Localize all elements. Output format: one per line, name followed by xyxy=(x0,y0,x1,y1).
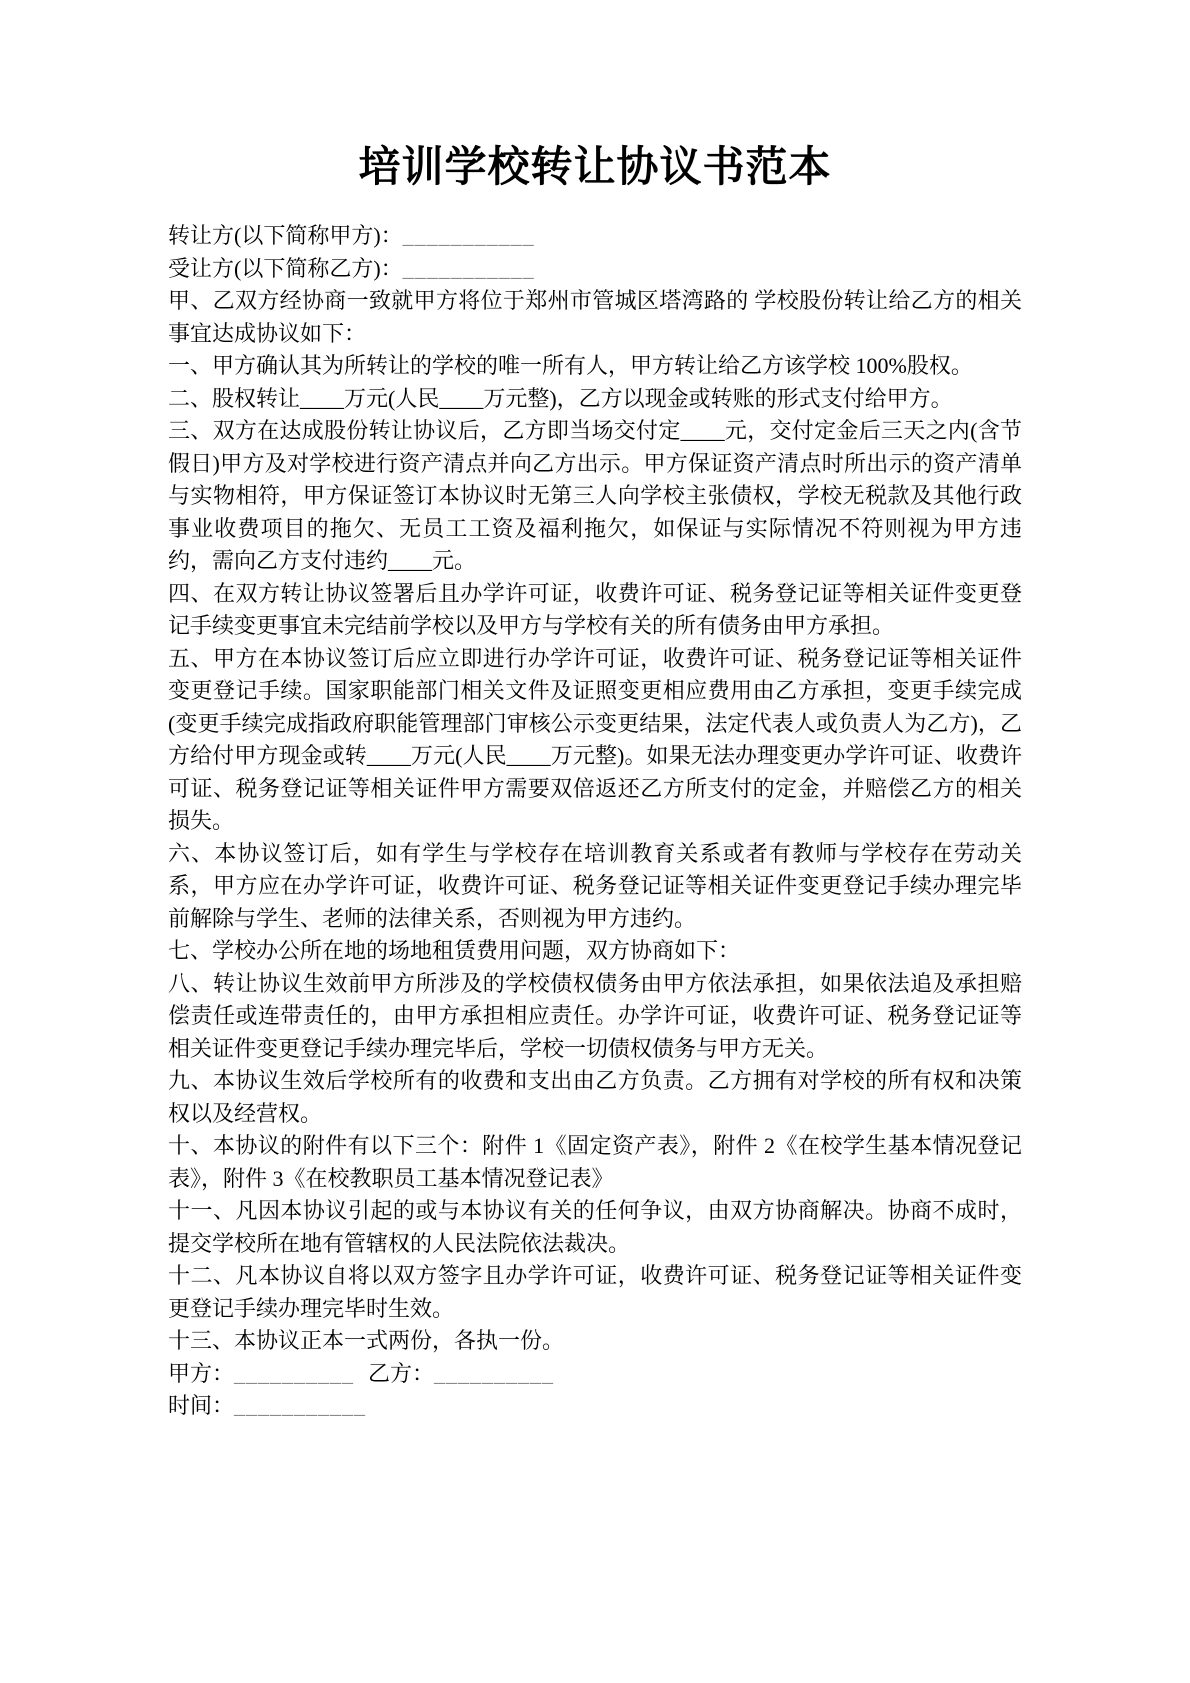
signature-line: 甲方：__________乙方：__________ xyxy=(168,1358,1022,1391)
document-title: 培训学校转让协议书范本 xyxy=(168,136,1022,200)
signature-party-a-blank: __________ xyxy=(234,1361,354,1386)
clause-3: 三、双方在达成股份转让协议后，乙方即当场交付定____元，交付定金后三天之内(含… xyxy=(168,415,1022,578)
clause-7: 七、学校办公所在地的场地租赁费用问题，双方协商如下： xyxy=(168,935,1022,968)
date-line: 时间：___________ xyxy=(168,1390,1022,1423)
clause-5: 五、甲方在本协议签订后应立即进行办学许可证，收费许可证、税务登记证等相关证件变更… xyxy=(168,643,1022,838)
signature-party-b-blank: __________ xyxy=(434,1361,554,1386)
document-page: 培训学校转让协议书范本 转让方(以下简称甲方)：___________ 受让方(… xyxy=(0,0,1190,1683)
date-label: 时间： xyxy=(168,1393,234,1418)
party-b-line: 受让方(以下简称乙方)：___________ xyxy=(168,253,1022,286)
clause-12: 十二、凡本协议自将以双方签字且办学许可证，收费许可证、税务登记证等相关证件变更登… xyxy=(168,1260,1022,1325)
document-content: 培训学校转让协议书范本 转让方(以下简称甲方)：___________ 受让方(… xyxy=(168,0,1022,1423)
party-a-line: 转让方(以下简称甲方)：___________ xyxy=(168,220,1022,253)
clause-13: 十三、本协议正本一式两份，各执一份。 xyxy=(168,1325,1022,1358)
party-a-blank: ___________ xyxy=(403,223,535,248)
party-b-blank: ___________ xyxy=(403,256,535,281)
signature-party-a-label: 甲方： xyxy=(168,1361,234,1386)
signature-party-b-label: 乙方： xyxy=(368,1361,434,1386)
clause-2: 二、股权转让____万元(人民____万元整)，乙方以现金或转账的形式支付给甲方… xyxy=(168,383,1022,416)
clause-11: 十一、凡因本协议引起的或与本协议有关的任何争议，由双方协商解决。协商不成时，提交… xyxy=(168,1195,1022,1260)
clause-10: 十、本协议的附件有以下三个：附件 1《固定资产表》，附件 2《在校学生基本情况登… xyxy=(168,1130,1022,1195)
clause-9: 九、本协议生效后学校所有的收费和支出由乙方负责。乙方拥有对学校的所有权和决策权以… xyxy=(168,1065,1022,1130)
clause-8: 八、转让协议生效前甲方所涉及的学校债权债务由甲方依法承担，如果依法追及承担赔偿责… xyxy=(168,968,1022,1066)
clause-1: 一、甲方确认其为所转让的学校的唯一所有人，甲方转让给乙方该学校 100%股权。 xyxy=(168,350,1022,383)
party-b-label: 受让方(以下简称乙方)： xyxy=(168,256,403,281)
clause-6: 六、本协议签订后，如有学生与学校存在培训教育关系或者有教师与学校存在劳动关系，甲… xyxy=(168,838,1022,936)
date-blank: ___________ xyxy=(234,1393,366,1418)
intro-paragraph: 甲、乙双方经协商一致就甲方将位于郑州市管城区塔湾路的 学校股份转让给乙方的相关事… xyxy=(168,285,1022,350)
party-a-label: 转让方(以下简称甲方)： xyxy=(168,223,403,248)
clause-4: 四、在双方转让协议签署后且办学许可证，收费许可证、税务登记证等相关证件变更登记手… xyxy=(168,578,1022,643)
